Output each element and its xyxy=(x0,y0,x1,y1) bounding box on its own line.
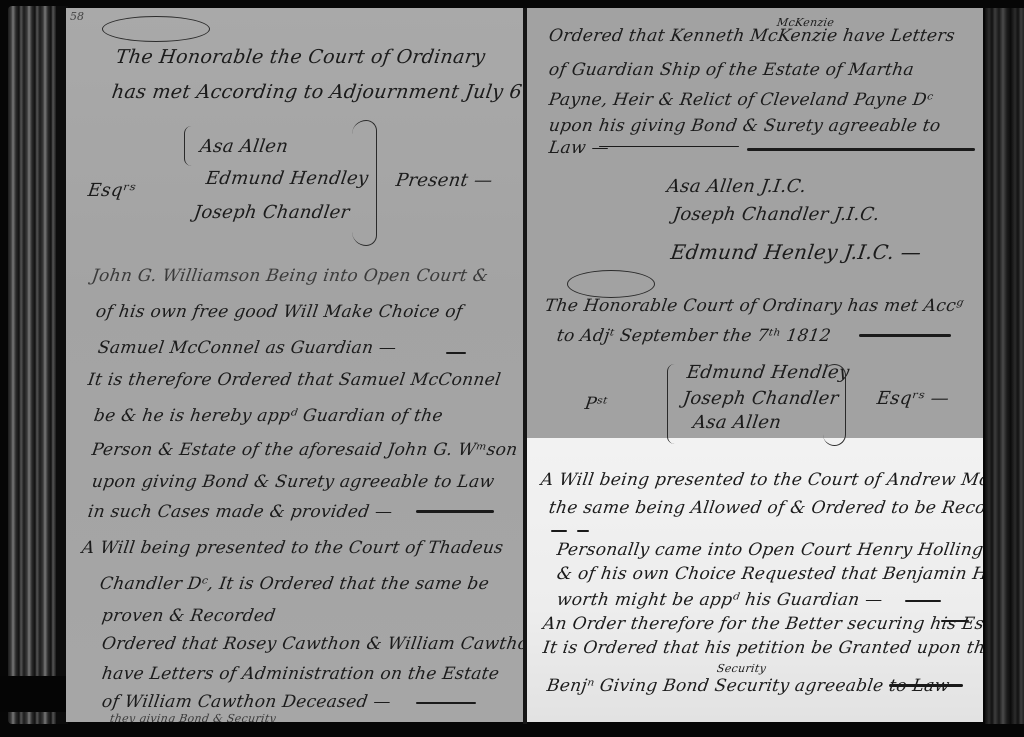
session-heading-line-2: to Adjᵗ September the 7ᵗʰ 1812 xyxy=(556,326,833,346)
line-filler xyxy=(747,148,975,151)
present-name-2: Edmund Hendley xyxy=(205,168,370,189)
right-entry-3-line-1: Personally came into Open Court Henry Ho… xyxy=(556,540,983,560)
entry-2-line-1: It is therefore Ordered that Samuel McCo… xyxy=(87,370,503,390)
book-binding-right xyxy=(985,8,1024,724)
right-entry-3-line-2: & of his own Choice Requested that Benja… xyxy=(556,564,983,584)
right-entry-3-line-4: An Order therefore for the Better securi… xyxy=(542,614,983,634)
line-filler xyxy=(941,620,969,622)
left-page: 58 The Honorable the Court of Ordinary h… xyxy=(66,8,523,722)
right-entry-3-line-5: It is Ordered that his petition be Grant… xyxy=(542,638,983,658)
session-heading-line-1: The Honorable Court of Ordinary has met … xyxy=(544,296,965,316)
entry-4-line-3: of William Cawthon Deceased — xyxy=(101,692,393,712)
right-entry-2-line-1: A Will being presented to the Court of A… xyxy=(540,470,983,490)
heading-line-2: has met According to Adjournment July 6 … xyxy=(110,81,523,103)
present-name-1: Asa Allen xyxy=(199,136,290,157)
line-filler xyxy=(859,334,951,337)
line-filler xyxy=(577,530,589,532)
entry-2-line-3: Person & Estate of the aforesaid John G.… xyxy=(91,440,519,460)
right-page: McKenzie Ordered that Kenneth McKenzie h… xyxy=(527,8,983,722)
book-binding-left xyxy=(8,6,68,724)
page-number: 58 xyxy=(70,10,84,23)
left-brace xyxy=(184,126,199,166)
line-filler xyxy=(889,684,963,687)
right-entry-1-line-3: Payne, Heir & Relict of Cleveland Payne … xyxy=(548,90,935,110)
line-filler xyxy=(416,702,476,704)
right-entry-2-line-2: the same being Allowed of & Ordered to b… xyxy=(548,498,983,518)
signature-1: Asa Allen J.I.C. xyxy=(666,176,808,197)
line-filler xyxy=(446,352,466,354)
entry-1-line-1: John G. Williamson Being into Open Court… xyxy=(91,266,490,286)
present-name-3: Joseph Chandler xyxy=(193,202,351,223)
right-entry-3-line-3: worth might be appᵈ his Guardian — xyxy=(556,590,884,610)
entry-1-line-3: Samuel McConnel as Guardian — xyxy=(97,338,398,358)
entry-3-line-2: Chandler Dᶜ, It is Ordered that the same… xyxy=(99,574,491,594)
line-filler xyxy=(416,510,494,513)
left-brace-right xyxy=(667,364,682,444)
entry-3-line-3: proven & Recorded xyxy=(101,606,277,626)
entry-1-line-2: of his own free good Will Make Choice of xyxy=(95,302,464,322)
entry-2-line-5: in such Cases made & provided — xyxy=(87,502,394,522)
right-entry-1-line-2: of Guardian Ship of the Estate of Martha xyxy=(548,60,916,80)
present-right-name-2: Joseph Chandler xyxy=(682,388,840,409)
present-right-name-3: Asa Allen xyxy=(692,412,783,433)
right-entry-1-line-1: Ordered that Kenneth McKenzie have Lette… xyxy=(548,26,957,46)
document-viewer: 58 The Honorable the Court of Ordinary h… xyxy=(0,0,1024,737)
line-filler xyxy=(599,146,739,147)
present-label-right: Pˢᵗ xyxy=(584,394,609,414)
entry-2-line-2: be & he is hereby appᵈ Guardian of the xyxy=(93,406,445,426)
session-flourish xyxy=(567,270,655,298)
entry-4-line-2: have Letters of Administration on the Es… xyxy=(101,664,501,684)
line-filler xyxy=(905,600,941,602)
entry-4-line-1: Ordered that Rosey Cawthon & William Caw… xyxy=(101,634,523,654)
present-esquires-label: Esqʳˢ xyxy=(87,180,138,201)
heading-line-1: The Honorable the Court of Ordinary xyxy=(114,46,486,68)
signature-3: Edmund Henley J.I.C. — xyxy=(669,240,923,264)
right-entry-1-line-5: Law — xyxy=(548,138,611,158)
entry-4-note: they giving Bond & Security xyxy=(109,712,277,722)
heading-flourish xyxy=(102,16,210,42)
entry-2-line-4: upon giving Bond & Surety agreeable to L… xyxy=(91,472,496,492)
right-brace xyxy=(352,120,377,246)
signature-2: Joseph Chandler J.I.C. xyxy=(672,204,882,225)
right-entry-1-line-4: upon his giving Bond & Surety agreeable … xyxy=(548,116,942,136)
interlineation-security: Security xyxy=(716,662,767,675)
entry-3-line-1: A Will being presented to the Court of T… xyxy=(81,538,505,558)
present-label: Present — xyxy=(395,170,494,191)
esquires-label-right: Esqʳˢ — xyxy=(876,388,951,409)
line-filler xyxy=(551,530,567,532)
right-brace-right xyxy=(823,364,846,446)
